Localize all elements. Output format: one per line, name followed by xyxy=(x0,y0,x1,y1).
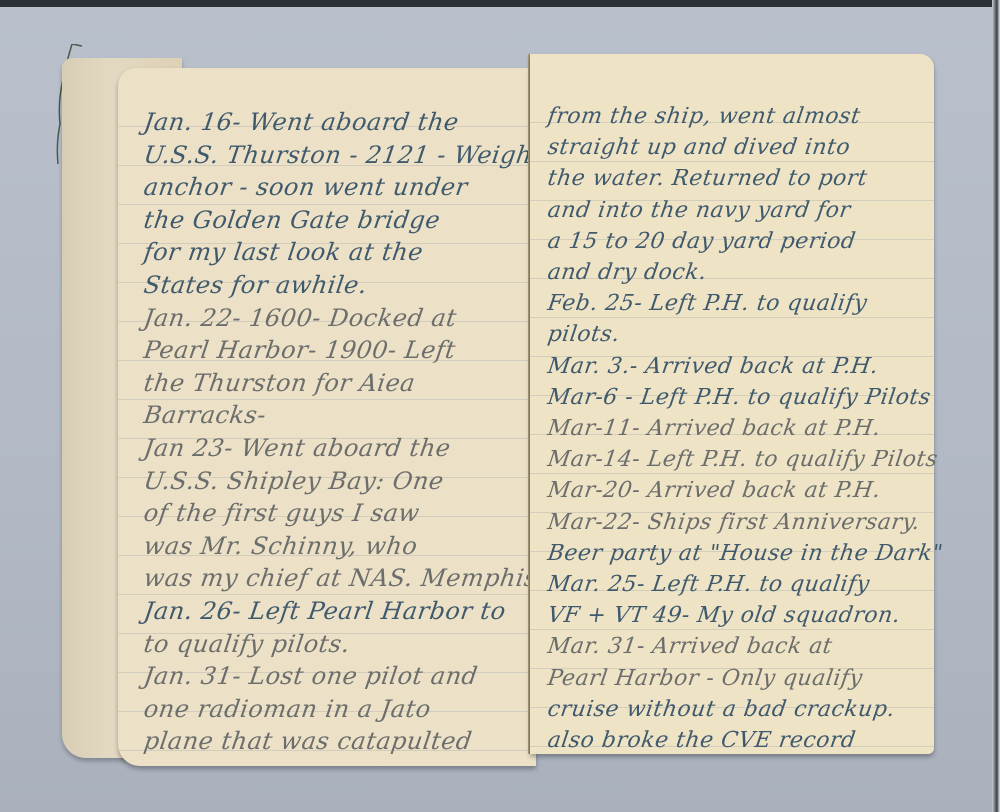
right-page-line: pilots. xyxy=(546,322,622,347)
left-page-line: U.S.S. Thurston - 2121 - Weighed xyxy=(142,141,565,169)
scanner-frame-top xyxy=(0,0,1000,7)
right-page-line: Mar-20- Arrived back at P.H. xyxy=(546,478,882,503)
right-page-line: Pearl Harbor - Only qualify xyxy=(546,666,864,691)
right-page-line: Mar-11- Arrived back at P.H. xyxy=(546,416,882,441)
right-page-line: and into the navy yard for xyxy=(546,198,852,223)
right-page-line: from the ship, went almost xyxy=(546,104,862,129)
right-page: from the ship, went almoststraight up an… xyxy=(530,54,934,754)
left-page-line: Jan. 31- Lost one pilot and xyxy=(142,662,480,690)
left-page-line: Pearl Harbor- 1900- Left xyxy=(142,336,458,364)
right-page-line: Mar-22- Ships first Anniversary. xyxy=(546,510,922,535)
left-page-line: the Thurston for Aiea xyxy=(142,369,417,397)
right-page-line: Mar. 31- Arrived back at xyxy=(546,634,834,659)
right-page-line: Feb. 25- Left P.H. to qualify xyxy=(546,291,869,316)
left-page-line: anchor - soon went under xyxy=(142,173,470,201)
right-page-line: a 15 to 20 day yard period xyxy=(546,229,857,254)
left-page-line: was my chief at NAS. Memphis xyxy=(142,564,539,592)
left-page-line: Jan. 26- Left Pearl Harbor to xyxy=(142,597,508,625)
left-page-line: to qualify pilots. xyxy=(142,630,352,658)
scanner-frame-right xyxy=(992,0,1000,812)
right-page-text: from the ship, went almoststraight up an… xyxy=(530,54,934,754)
left-page-line: was Mr. Schinny, who xyxy=(142,532,419,560)
left-page-text: Jan. 16- Went aboard theU.S.S. Thurston … xyxy=(118,68,536,766)
left-page-line: the Golden Gate bridge xyxy=(142,206,442,234)
left-page: Jan. 16- Went aboard theU.S.S. Thurston … xyxy=(118,68,536,766)
left-page-line: Barracks- xyxy=(142,401,268,429)
right-page-line: straight up and dived into xyxy=(546,135,852,160)
left-page-line: for my last look at the xyxy=(142,238,425,266)
right-page-line: the water. Returned to port xyxy=(546,166,869,191)
right-page-line: and dry dock. xyxy=(546,260,708,285)
right-page-line: Beer party at "House in the Dark" xyxy=(546,541,945,566)
right-page-line: also broke the CVE record xyxy=(546,728,857,753)
left-page-line: U.S.S. Shipley Bay: One xyxy=(142,467,446,495)
left-page-line: Jan. 16- Went aboard the xyxy=(142,108,461,136)
left-page-line: States for awhile. xyxy=(142,271,369,299)
left-page-line: plane that was catapulted xyxy=(142,727,474,755)
left-page-line: of the first guys I saw xyxy=(142,499,422,527)
right-page-line: VF + VT 49- My old squadron. xyxy=(546,603,902,628)
right-page-line: Mar. 25- Left P.H. to qualify xyxy=(546,572,871,597)
right-page-line: Mar-6 - Left P.H. to qualify Pilots xyxy=(546,385,932,410)
left-page-line: Jan 23- Went aboard the xyxy=(142,434,453,462)
left-page-line: Jan. 22- 1600- Docked at xyxy=(142,304,458,332)
right-page-line: Mar-14- Left P.H. to qualify Pilots xyxy=(546,447,939,472)
right-page-line: cruise without a bad crackup. xyxy=(546,697,897,722)
left-page-line: one radioman in a Jato xyxy=(142,695,433,723)
right-page-line: Mar. 3.- Arrived back at P.H. xyxy=(546,354,880,379)
